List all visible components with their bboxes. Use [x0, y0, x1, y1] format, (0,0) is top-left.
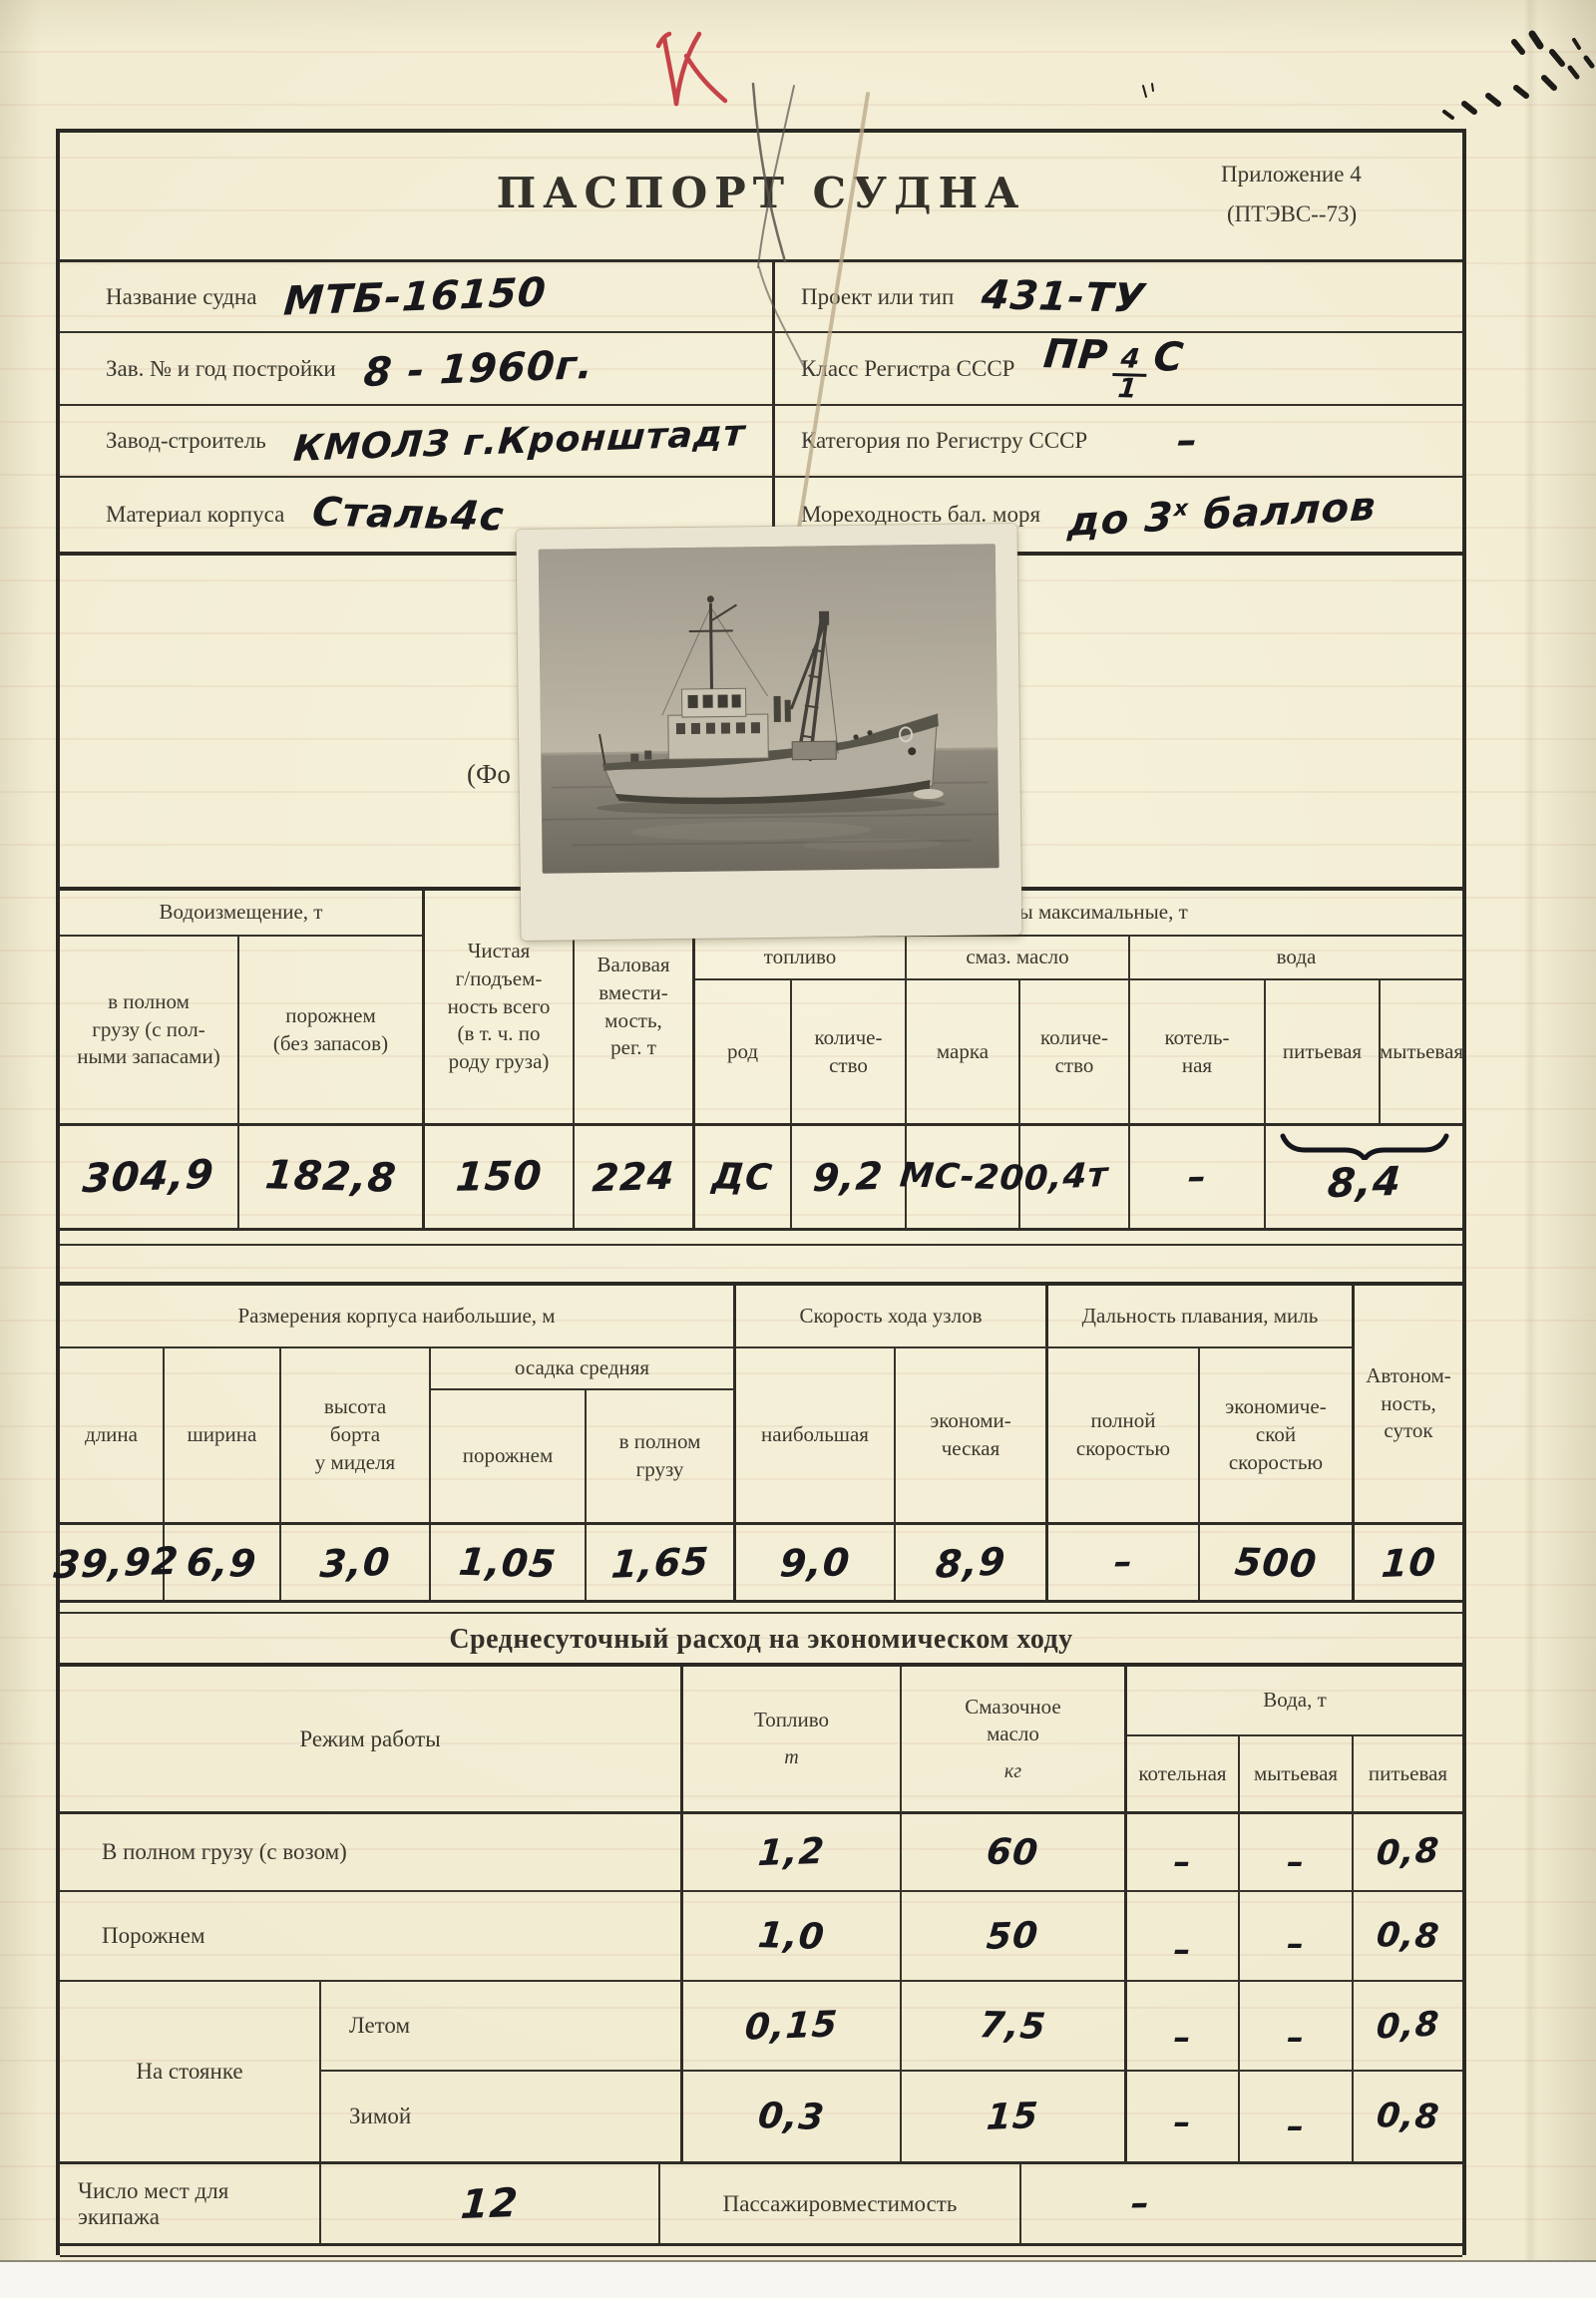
- t1-col-water-washing: мытьевая: [1381, 980, 1462, 1126]
- annex-note: Приложение 4 (ПТЭВС--73): [1221, 155, 1450, 235]
- t3-moored-group: На стоянке Летом Зимой: [60, 1982, 683, 2161]
- value-handwritten: 6,9: [185, 1540, 258, 1586]
- t3-row-label: Порожнем: [60, 1892, 683, 1982]
- value-handwritten: –: [1186, 1156, 1208, 1197]
- scanner-edge: [0, 2260, 1596, 2298]
- t1-value-cell: 9,2: [792, 1126, 907, 1228]
- field-label: Проект или тип: [801, 284, 954, 310]
- t2-value-cell: 1,65: [587, 1525, 736, 1600]
- value-handwritten: 39,92: [52, 1538, 181, 1586]
- t1-sub-fuel: топливо: [695, 937, 907, 980]
- t1-col-oil-brand: марка: [907, 980, 1020, 1126]
- ship-photo-scene: [539, 544, 999, 874]
- value-handwritten: 304,9: [81, 1152, 215, 1203]
- t2-value-cell: 500: [1200, 1525, 1355, 1600]
- value-handwritten: –: [1112, 1542, 1134, 1583]
- form-row-1: Название судна МТБ-16150 Проект или тип …: [60, 262, 1462, 333]
- t3-value-cell: –: [1127, 1892, 1240, 1982]
- t3-row-label: В полном грузу (с возом): [60, 1814, 683, 1892]
- t3-value-cell: 1,2: [683, 1814, 902, 1892]
- value-handwritten: –: [1174, 1842, 1192, 1882]
- col-unit: т: [784, 1744, 798, 1770]
- t2-col-range-full: полной скоростью: [1048, 1348, 1200, 1525]
- ship-photo: [517, 524, 1022, 941]
- t3-value-cell: 0,8: [1354, 1982, 1462, 2072]
- t3-value-cell: 0,8: [1354, 2072, 1462, 2161]
- ship-passport-scan: ПАСПОРТ СУДНА Приложение 4 (ПТЭВС--73) Н…: [0, 0, 1596, 2298]
- t1-col-fuel-qty: количе- ство: [792, 980, 907, 1126]
- value-handwritten: 0,8: [1376, 1830, 1441, 1873]
- t2-col-beam: ширина: [165, 1348, 281, 1525]
- class-fraction: 41: [1110, 346, 1149, 402]
- t1-value-cell-water-combined: 8,4: [1266, 1126, 1462, 1228]
- value-handwritten: 1,05: [457, 1539, 559, 1586]
- t1-col-water-drinking: питьевая: [1266, 980, 1381, 1126]
- t3-value-cell: –: [1240, 1982, 1354, 2072]
- col-label: Топливо: [754, 1707, 829, 1734]
- field-project-type: Проект или тип 431-ТУ: [775, 262, 1462, 331]
- t3-col-fuel: Топливо т: [683, 1667, 902, 1814]
- t2-group-dimensions: Размерения корпуса наибольшие, м: [60, 1286, 736, 1348]
- t1-value-cell: –: [1130, 1126, 1266, 1228]
- t1-value-cell: 0,4т: [1020, 1126, 1130, 1228]
- seaworthiness-a: до 3: [1066, 495, 1174, 546]
- value-handwritten: 50: [986, 1915, 1040, 1958]
- fraction-denominator: 1: [1117, 376, 1139, 402]
- t3-value-cell: –: [1127, 1814, 1240, 1892]
- value-handwritten: 0,4т: [1023, 1155, 1109, 1199]
- t3-value-cell: 0,8: [1354, 1892, 1462, 1982]
- value-handwritten: 0,8: [1376, 2004, 1441, 2047]
- t1-value-cell: 224: [575, 1126, 695, 1228]
- t2-group-speed: Скорость хода узлов: [736, 1286, 1048, 1348]
- field-label: Зав. № и год постройки: [106, 356, 336, 382]
- t3-season-summer: Летом: [321, 1982, 680, 2072]
- t3-value-cell: 0,8: [1354, 1814, 1462, 1892]
- t3-value-cell: 15: [902, 2072, 1127, 2161]
- double-rule: [60, 1612, 1462, 1614]
- t2-value-cell: 1,05: [431, 1525, 587, 1600]
- t3-value-cell: 60: [902, 1814, 1127, 1892]
- double-rule: [60, 2255, 1462, 2257]
- red-pen-mark: [658, 34, 725, 104]
- value-handwritten: 8,4: [1326, 1159, 1402, 1208]
- value-handwritten: 150: [454, 1153, 544, 1201]
- value-handwritten: 12: [459, 2180, 520, 2228]
- t2-col-depth: высота борта у миделя: [281, 1348, 431, 1525]
- field-value-handwritten: 431-ТУ: [980, 271, 1147, 321]
- field-value-handwritten: 8 - 1960г.: [362, 342, 596, 396]
- t2-value-cell: 3,0: [281, 1525, 431, 1600]
- value-handwritten: –: [1287, 1842, 1305, 1882]
- class-suffix: С: [1152, 334, 1187, 381]
- t1-sub-water: вода: [1130, 937, 1462, 980]
- t2-value-cell: –: [1048, 1525, 1200, 1600]
- class-prefix: ПР: [1042, 332, 1111, 380]
- value-handwritten: 9,2: [812, 1154, 886, 1200]
- value-handwritten: 3,0: [318, 1539, 392, 1585]
- t2-col-autonomy: Автоном- ность, суток: [1355, 1286, 1462, 1525]
- field-build-year: Зав. № и год постройки 8 - 1960г.: [60, 333, 775, 404]
- t2-value-cell: 8,9: [896, 1525, 1048, 1600]
- table-dimensions-speed-range: Размерения корпуса наибольшие, м Скорост…: [60, 1282, 1462, 1603]
- t2-col-length: длина: [60, 1348, 165, 1525]
- value-handwritten: –: [1287, 2106, 1305, 2146]
- passenger-capacity-value: –: [1021, 2164, 1462, 2243]
- value-handwritten: 0,8: [1375, 2096, 1441, 2137]
- value-handwritten: 1,2: [757, 1830, 827, 1873]
- t1-col-oil-qty: количе- ство: [1020, 980, 1130, 1126]
- t3-bottom-band: Число мест для экипажа 12 Пассажировмест…: [60, 2161, 1462, 2243]
- t2-value-cell: 6,9: [165, 1525, 281, 1600]
- annex-line1: Приложение 4: [1221, 155, 1450, 194]
- value-handwritten: МС-20: [899, 1155, 1027, 1198]
- t1-value-cell: 304,9: [60, 1126, 239, 1228]
- value-handwritten: 8,9: [935, 1539, 1007, 1587]
- value-handwritten: 0,8: [1375, 1915, 1441, 1957]
- value-handwritten: 0,3: [756, 2096, 827, 2138]
- col-label: Смазочное масло: [965, 1694, 1060, 1748]
- t3-value-cell: 0,3: [683, 2072, 902, 2161]
- form-row-3: Завод-строитель КМОЛЗ г.Кронштадт Катего…: [60, 406, 1462, 478]
- value-handwritten: 0,15: [743, 2004, 839, 2048]
- field-label: Класс Регистра СССР: [801, 356, 1014, 382]
- t2-group-range: Дальность плавания, миль: [1048, 1286, 1355, 1348]
- value-handwritten: –: [1287, 1924, 1305, 1964]
- field-register-category: Категория по Регистру СССР –: [775, 406, 1462, 476]
- t1-col-water-boiler: котель- ная: [1130, 980, 1266, 1126]
- t1-value-cell: 182,8: [239, 1126, 425, 1228]
- crew-places-label: Число мест для экипажа: [60, 2164, 321, 2243]
- section-title-daily-consumption: Среднесуточный расход на экономическом х…: [60, 1617, 1462, 1663]
- field-value-handwritten: Сталь4с: [310, 489, 507, 540]
- field-label: Категория по Регистру СССР: [801, 428, 1087, 454]
- form-row-2: Зав. № и год постройки 8 - 1960г. Класс …: [60, 333, 1462, 406]
- t3-col-water-washing: мытьевая: [1240, 1736, 1354, 1814]
- value-handwritten: 224: [591, 1154, 676, 1201]
- value-handwritten: 500: [1233, 1539, 1319, 1585]
- t3-value-cell: –: [1127, 1982, 1240, 2072]
- field-label: Материал корпуса: [106, 502, 284, 528]
- field-ship-name: Название судна МТБ-16150: [60, 262, 775, 331]
- annex-line2: (ПТЭВС--73): [1221, 194, 1450, 234]
- t3-value-cell: –: [1240, 2072, 1354, 2161]
- t3-value-cell: 0,15: [683, 1982, 902, 2072]
- t1-group-displacement: Водоизмещение, т: [60, 891, 425, 937]
- t3-value-cell: –: [1127, 2072, 1240, 2161]
- t2-sub-draft: осадка средняя: [431, 1348, 736, 1390]
- t1-value-cell: МС-20: [907, 1126, 1020, 1228]
- field-value-handwritten: ПР41С: [1039, 332, 1186, 406]
- title-row: ПАСПОРТ СУДНА Приложение 4 (ПТЭВС--73): [60, 133, 1462, 262]
- t1-col-fuel-kind: род: [695, 980, 792, 1126]
- double-rule: [60, 1244, 1462, 1246]
- t2-value-cell: 9,0: [736, 1525, 896, 1600]
- value-handwritten: 15: [986, 2096, 1040, 2138]
- field-register-class: Класс Регистра СССР ПР41С: [775, 333, 1462, 404]
- ship-photo-image: [539, 544, 999, 874]
- t3-value-cell: –: [1240, 1814, 1354, 1892]
- value-handwritten: –: [1287, 2018, 1305, 2058]
- t3-group-water: Вода, т: [1127, 1667, 1462, 1736]
- field-value-handwritten: КМОЛЗ г.Кронштадт: [292, 413, 747, 470]
- handwritten-brace-icon: [1277, 1130, 1452, 1160]
- t3-season-winter: Зимой: [321, 2072, 680, 2161]
- value-handwritten: –: [1174, 1930, 1192, 1970]
- col-unit: кг: [1004, 1758, 1021, 1784]
- value-handwritten: ДС: [710, 1156, 774, 1199]
- t2-value-cell: 10: [1355, 1525, 1462, 1600]
- seaworthiness-b: баллов: [1202, 484, 1377, 539]
- value-handwritten: –: [1174, 2018, 1192, 2058]
- t3-value-cell: 50: [902, 1892, 1127, 1982]
- t2-col-draft-full: в полном грузу: [587, 1390, 736, 1525]
- t3-col-oil: Смазочное масло кг: [902, 1667, 1127, 1814]
- t3-value-cell: –: [1240, 1892, 1354, 1982]
- t3-group-moored-label: На стоянке: [60, 1982, 321, 2161]
- ink-specks: [1143, 34, 1592, 118]
- t2-value-cell: 39,92: [60, 1525, 165, 1600]
- t1-col-light: порожнем (без запасов): [239, 937, 425, 1126]
- value-handwritten: 7,5: [978, 2005, 1048, 2048]
- general-info-form: Название судна МТБ-16150 Проект или тип …: [60, 262, 1462, 556]
- field-value-handwritten: до 3х баллов: [1066, 484, 1378, 546]
- t2-col-speed-max: наибольшая: [736, 1348, 896, 1525]
- value-handwritten: 182,8: [263, 1152, 399, 1201]
- t1-sub-oil: смаз. масло: [907, 937, 1130, 980]
- photo-caption-partial: (Фо: [467, 759, 511, 790]
- fraction-numerator: 4: [1113, 346, 1150, 377]
- passenger-capacity-label: Пассажировместимость: [660, 2164, 1021, 2243]
- value-handwritten: 60: [986, 1831, 1041, 1873]
- document-frame: ПАСПОРТ СУДНА Приложение 4 (ПТЭВС--73) Н…: [56, 129, 1466, 2255]
- crew-places-value: 12: [321, 2164, 660, 2243]
- value-handwritten: 1,65: [609, 1539, 710, 1586]
- t2-col-speed-eco: экономи- ческая: [896, 1348, 1048, 1525]
- t3-value-cell: 7,5: [902, 1982, 1127, 2072]
- t3-col-water-boiler: котельная: [1127, 1736, 1240, 1814]
- field-value-handwritten: –: [1176, 418, 1200, 464]
- field-builder: Завод-строитель КМОЛЗ г.Кронштадт: [60, 406, 775, 476]
- field-value-handwritten: МТБ-16150: [282, 269, 548, 324]
- t1-value-cell: 150: [425, 1126, 575, 1228]
- field-label: Название судна: [106, 284, 256, 310]
- value-handwritten: 10: [1380, 1540, 1437, 1586]
- t2-col-range-eco: экономиче- ской скоростью: [1200, 1348, 1355, 1525]
- t2-col-draft-light: порожнем: [431, 1390, 587, 1525]
- value-handwritten: –: [1130, 2183, 1152, 2224]
- t3-col-mode: Режим работы: [60, 1667, 683, 1814]
- t3-value-cell: 1,0: [683, 1892, 902, 1982]
- t3-season-cells: Летом Зимой: [321, 1982, 680, 2161]
- table-daily-consumption: Режим работы Топливо т Смазочное масло к…: [60, 1663, 1462, 2246]
- table-displacement-stores: Водоизмещение, т Чистая г/подъем- ность …: [60, 887, 1462, 1231]
- value-handwritten: 9,0: [778, 1540, 852, 1585]
- t3-col-water-drinking: питьевая: [1354, 1736, 1462, 1814]
- t1-col-full-load: в полном грузу (с пол- ными запасами): [60, 937, 239, 1126]
- t1-value-cell: ДС: [695, 1126, 792, 1228]
- field-label: Завод-строитель: [106, 428, 266, 454]
- value-handwritten: –: [1174, 2103, 1192, 2142]
- value-handwritten: 1,0: [756, 1915, 827, 1958]
- seaworthiness-sup: х: [1173, 496, 1190, 522]
